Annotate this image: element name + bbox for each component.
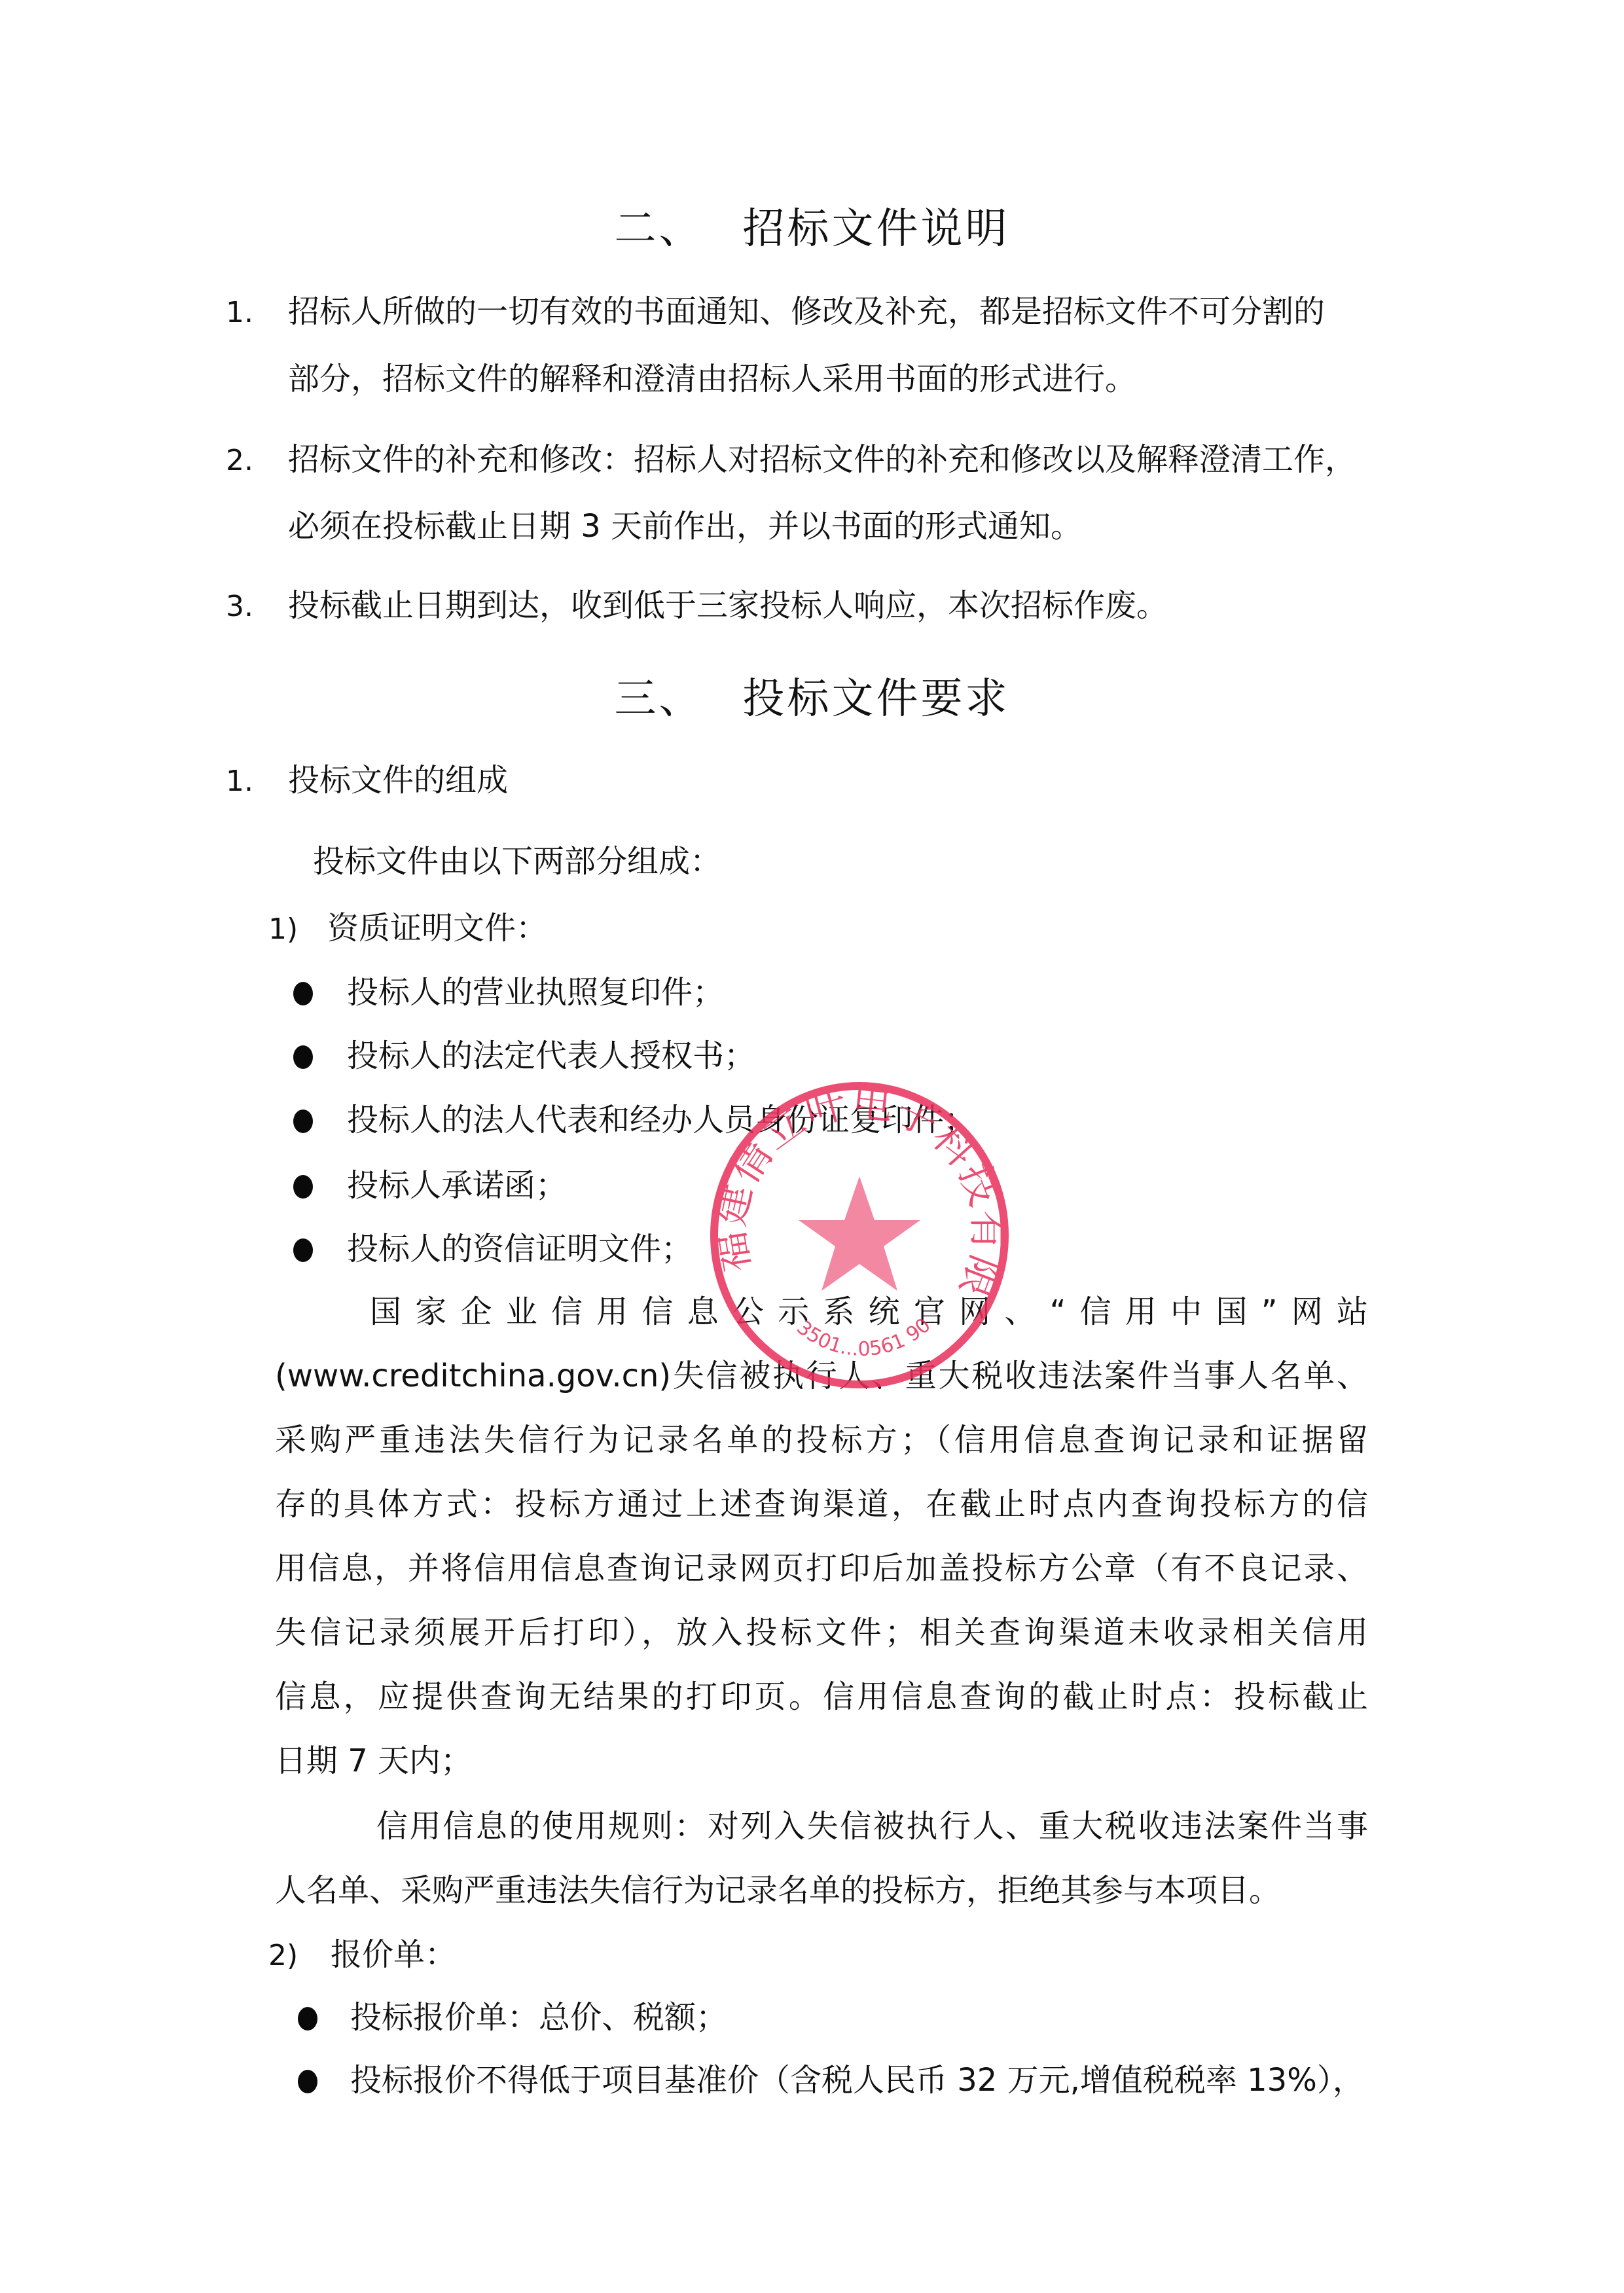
bullet-item: 投标报价单：总价、税额； (350, 2002, 727, 2033)
paragraph-line: 投标截止日期到达，收到低于三家投标人响应，本次招标作废。 (288, 590, 1168, 621)
paragraph-line: 失信记录须展开后打印），放入投标文件；相关查询渠道未收录相关信用 (275, 1617, 1368, 1648)
subsection-title: 投标文件的组成 (288, 765, 508, 796)
paragraph-line: 信用信息的使用规则：对列入失信被执行人、重大税收违法案件当事 (376, 1811, 1368, 1842)
section-number: 二、 (615, 205, 704, 253)
star-icon (799, 1176, 920, 1291)
list-marker: 3. (226, 592, 253, 621)
section-number: 三、 (615, 675, 704, 723)
list-marker: 2. (226, 446, 253, 475)
paragraph-line: 部分，招标文件的解释和澄清由招标人采用书面的形式进行。 (288, 363, 1136, 395)
bullet-item: 投标人承诺函； (347, 1170, 567, 1201)
section-heading-2: 二、招标文件说明 (0, 208, 1624, 250)
bullet-item: 投标人的营业执照复印件； (347, 977, 724, 1008)
paragraph-line: 人名单、采购严重违法失信行为记录名单的投标方，拒绝其参与本项目。 (275, 1875, 1280, 1906)
company-seal-stamp: 福建倩立叶电子科技有限公司 3501...0561 9023 (706, 1081, 1013, 1389)
paragraph-line: 必须在投标截止日期 3 天前作出，并以书面的形式通知。 (288, 511, 1082, 542)
part-title: 报价单： (331, 1939, 456, 1970)
paragraph-line: 招标人所做的一切有效的书面通知、修改及补充，都是招标文件不可分割的 (288, 296, 1368, 327)
list-marker: 1. (226, 298, 253, 327)
bullet-icon (298, 2070, 317, 2093)
section-title: 招标文件说明 (743, 205, 1010, 253)
bullet-icon (298, 2007, 317, 2031)
paragraph-line: 日期 7 天内； (275, 1745, 472, 1777)
bullet-item: 投标人的资信证明文件； (347, 1233, 693, 1265)
document-page: 二、招标文件说明 1. 招标人所做的一切有效的书面通知、修改及补充，都是招标文件… (0, 0, 1624, 2293)
bullet-icon (293, 1045, 313, 1069)
part-title: 资质证明文件： (327, 912, 547, 944)
bullet-icon (293, 982, 313, 1005)
section-title: 投标文件要求 (743, 675, 1010, 723)
bullet-item: 投标报价不得低于项目基准价（含税人民币 32 万元,增值税税率 13%）， (350, 2065, 1364, 2096)
paragraph-line: 信息，应提供查询无结果的打印页。信用信息查询的截止时点：投标截止 (275, 1681, 1368, 1712)
paragraph-line: 招标文件的补充和修改：招标人对招标文件的补充和修改以及解释澄清工作， (288, 444, 1356, 475)
bullet-icon (293, 1238, 313, 1262)
paragraph-line: 用信息，并将信用信息查询记录网页打印后加盖投标方公章（有不良记录、 (275, 1553, 1368, 1584)
bullet-icon (293, 1110, 313, 1133)
list-marker: 1) (268, 915, 298, 944)
section-heading-3: 三、投标文件要求 (0, 678, 1624, 720)
paragraph-line: 存的具体方式：投标方通过上述查询渠道，在截止时点内查询投标方的信 (275, 1489, 1368, 1520)
bullet-item: 投标人的法定代表人授权书； (347, 1040, 755, 1072)
bullet-icon (293, 1175, 313, 1199)
paragraph-line: 采购严重违法失信行为记录名单的投标方；（信用信息查询记录和证据留 (275, 1424, 1368, 1456)
list-marker: 1. (226, 767, 253, 796)
list-marker: 2) (268, 1941, 298, 1970)
intro-text: 投标文件由以下两部分组成： (313, 846, 721, 877)
